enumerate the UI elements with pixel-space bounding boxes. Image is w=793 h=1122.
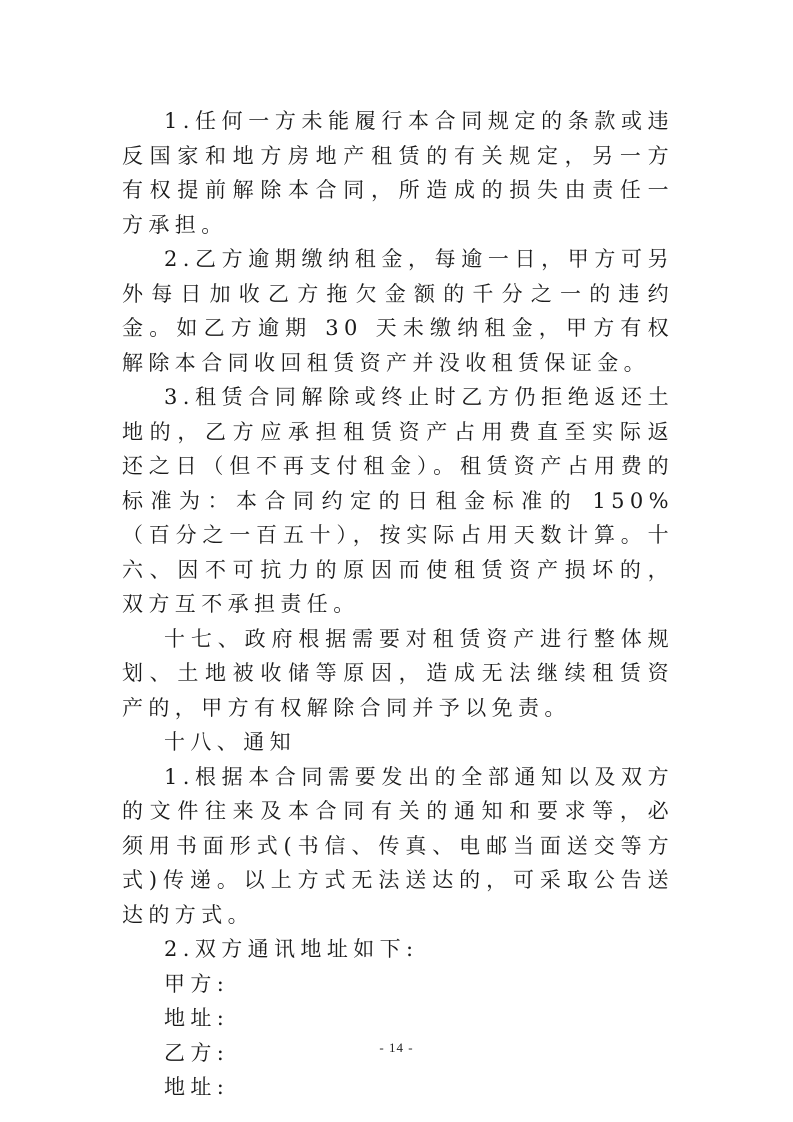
notice-clause-1-written-form: 1.根据本合同需要发出的全部通知以及双方的文件往来及本合同有关的通知和要求等，必… xyxy=(122,760,674,933)
section-17-government-planning: 十七、政府根据需要对租赁资产进行整体规划、土地被收储等原因，造成无法继续租赁资产… xyxy=(122,622,674,726)
party-b-address-label: 地址: xyxy=(122,1070,674,1105)
section-18-heading-notice: 十八、通知 xyxy=(122,725,674,760)
clause-1-breach-termination: 1.任何一方未能履行本合同规定的条款或违反国家和地方房地产租赁的有关规定，另一方… xyxy=(122,104,674,242)
page-number: - 14 - xyxy=(0,1040,793,1056)
address-block: 甲方: 地址: 乙方: 地址: xyxy=(122,967,674,1105)
party-a-address-label: 地址: xyxy=(122,1001,674,1036)
party-a-label: 甲方: xyxy=(122,967,674,1002)
clause-2-late-payment: 2.乙方逾期缴纳租金，每逾一日，甲方可另外每日加收乙方拖欠金额的千分之一的违约金… xyxy=(122,242,674,380)
clause-3-occupancy-fee: 3.租赁合同解除或终止时乙方仍拒绝返还土地的，乙方应承担租赁资产占用费直至实际返… xyxy=(122,380,674,622)
notice-clause-2-addresses: 2.双方通讯地址如下: xyxy=(122,932,674,967)
document-page: 1.任何一方未能履行本合同规定的条款或违反国家和地方房地产租赁的有关规定，另一方… xyxy=(122,104,674,1105)
